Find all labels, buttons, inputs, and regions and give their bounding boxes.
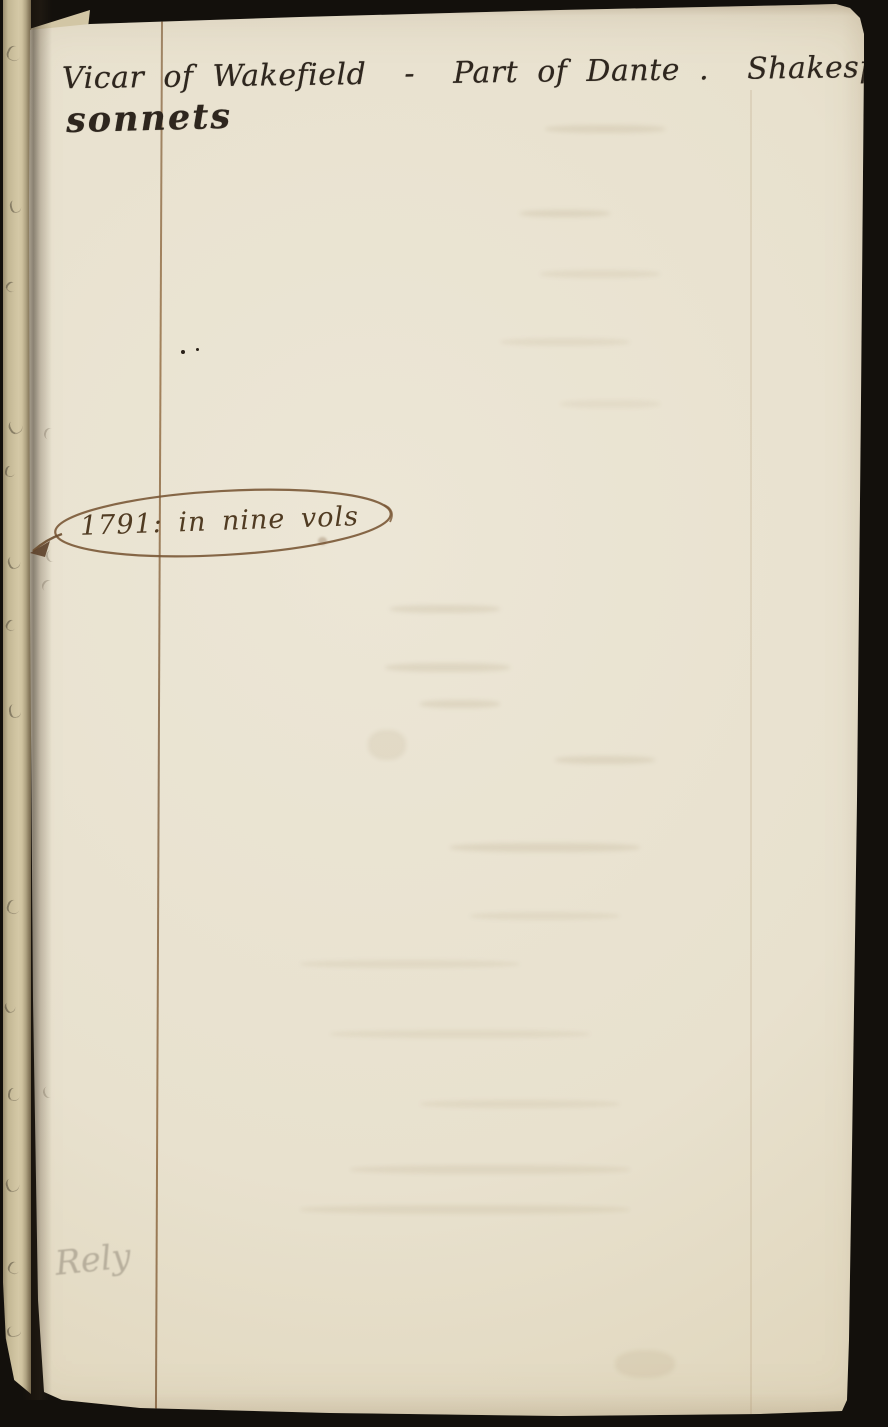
faint-pencil-note: Rely — [53, 1236, 133, 1284]
show-through-mark — [520, 210, 610, 217]
show-through-mark — [350, 1165, 630, 1174]
show-through-mark — [450, 843, 640, 852]
show-through-mark — [555, 756, 655, 764]
show-through-mark — [390, 605, 500, 613]
ink-fragment — [6, 418, 24, 437]
show-through-mark — [385, 663, 510, 672]
show-through-mark — [330, 1030, 590, 1038]
ink-fragment — [6, 1325, 22, 1338]
ink-fragment — [4, 280, 18, 294]
show-through-mark — [420, 1100, 620, 1108]
show-through-mark — [420, 700, 500, 708]
manuscript-photo: Vicar of Wakefield - Part of Dante . Sha… — [0, 0, 888, 1427]
show-through-mark — [368, 730, 406, 760]
show-through-mark — [560, 400, 660, 408]
show-through-mark — [470, 912, 620, 920]
ink-fragment — [7, 1087, 21, 1102]
show-through-mark — [540, 270, 660, 278]
show-through-mark — [500, 338, 630, 346]
handwriting-title-line2: sonnets — [65, 96, 232, 141]
ink-dot — [196, 348, 199, 351]
ink-fragment — [8, 703, 22, 719]
ink-fragment — [4, 1176, 21, 1193]
ink-fragment — [5, 898, 22, 915]
ink-dot — [181, 350, 185, 354]
show-through-rule-line — [750, 90, 752, 1420]
show-through-mark — [615, 1350, 675, 1378]
show-through-mark — [300, 960, 520, 968]
ink-fragment — [9, 199, 23, 214]
ink-fragment — [4, 618, 18, 633]
ink-fragment — [5, 44, 24, 63]
show-through-mark — [300, 1205, 630, 1214]
show-through-mark — [545, 125, 665, 133]
underlying-page-edge — [3, 0, 31, 1394]
ink-fragment — [6, 554, 22, 571]
notebook-page: Vicar of Wakefield - Part of Dante . Sha… — [0, 0, 888, 1427]
ink-fragment — [4, 465, 16, 478]
ink-stain — [318, 537, 327, 545]
ink-fragment — [3, 1000, 17, 1014]
ink-fragment — [6, 1260, 22, 1276]
